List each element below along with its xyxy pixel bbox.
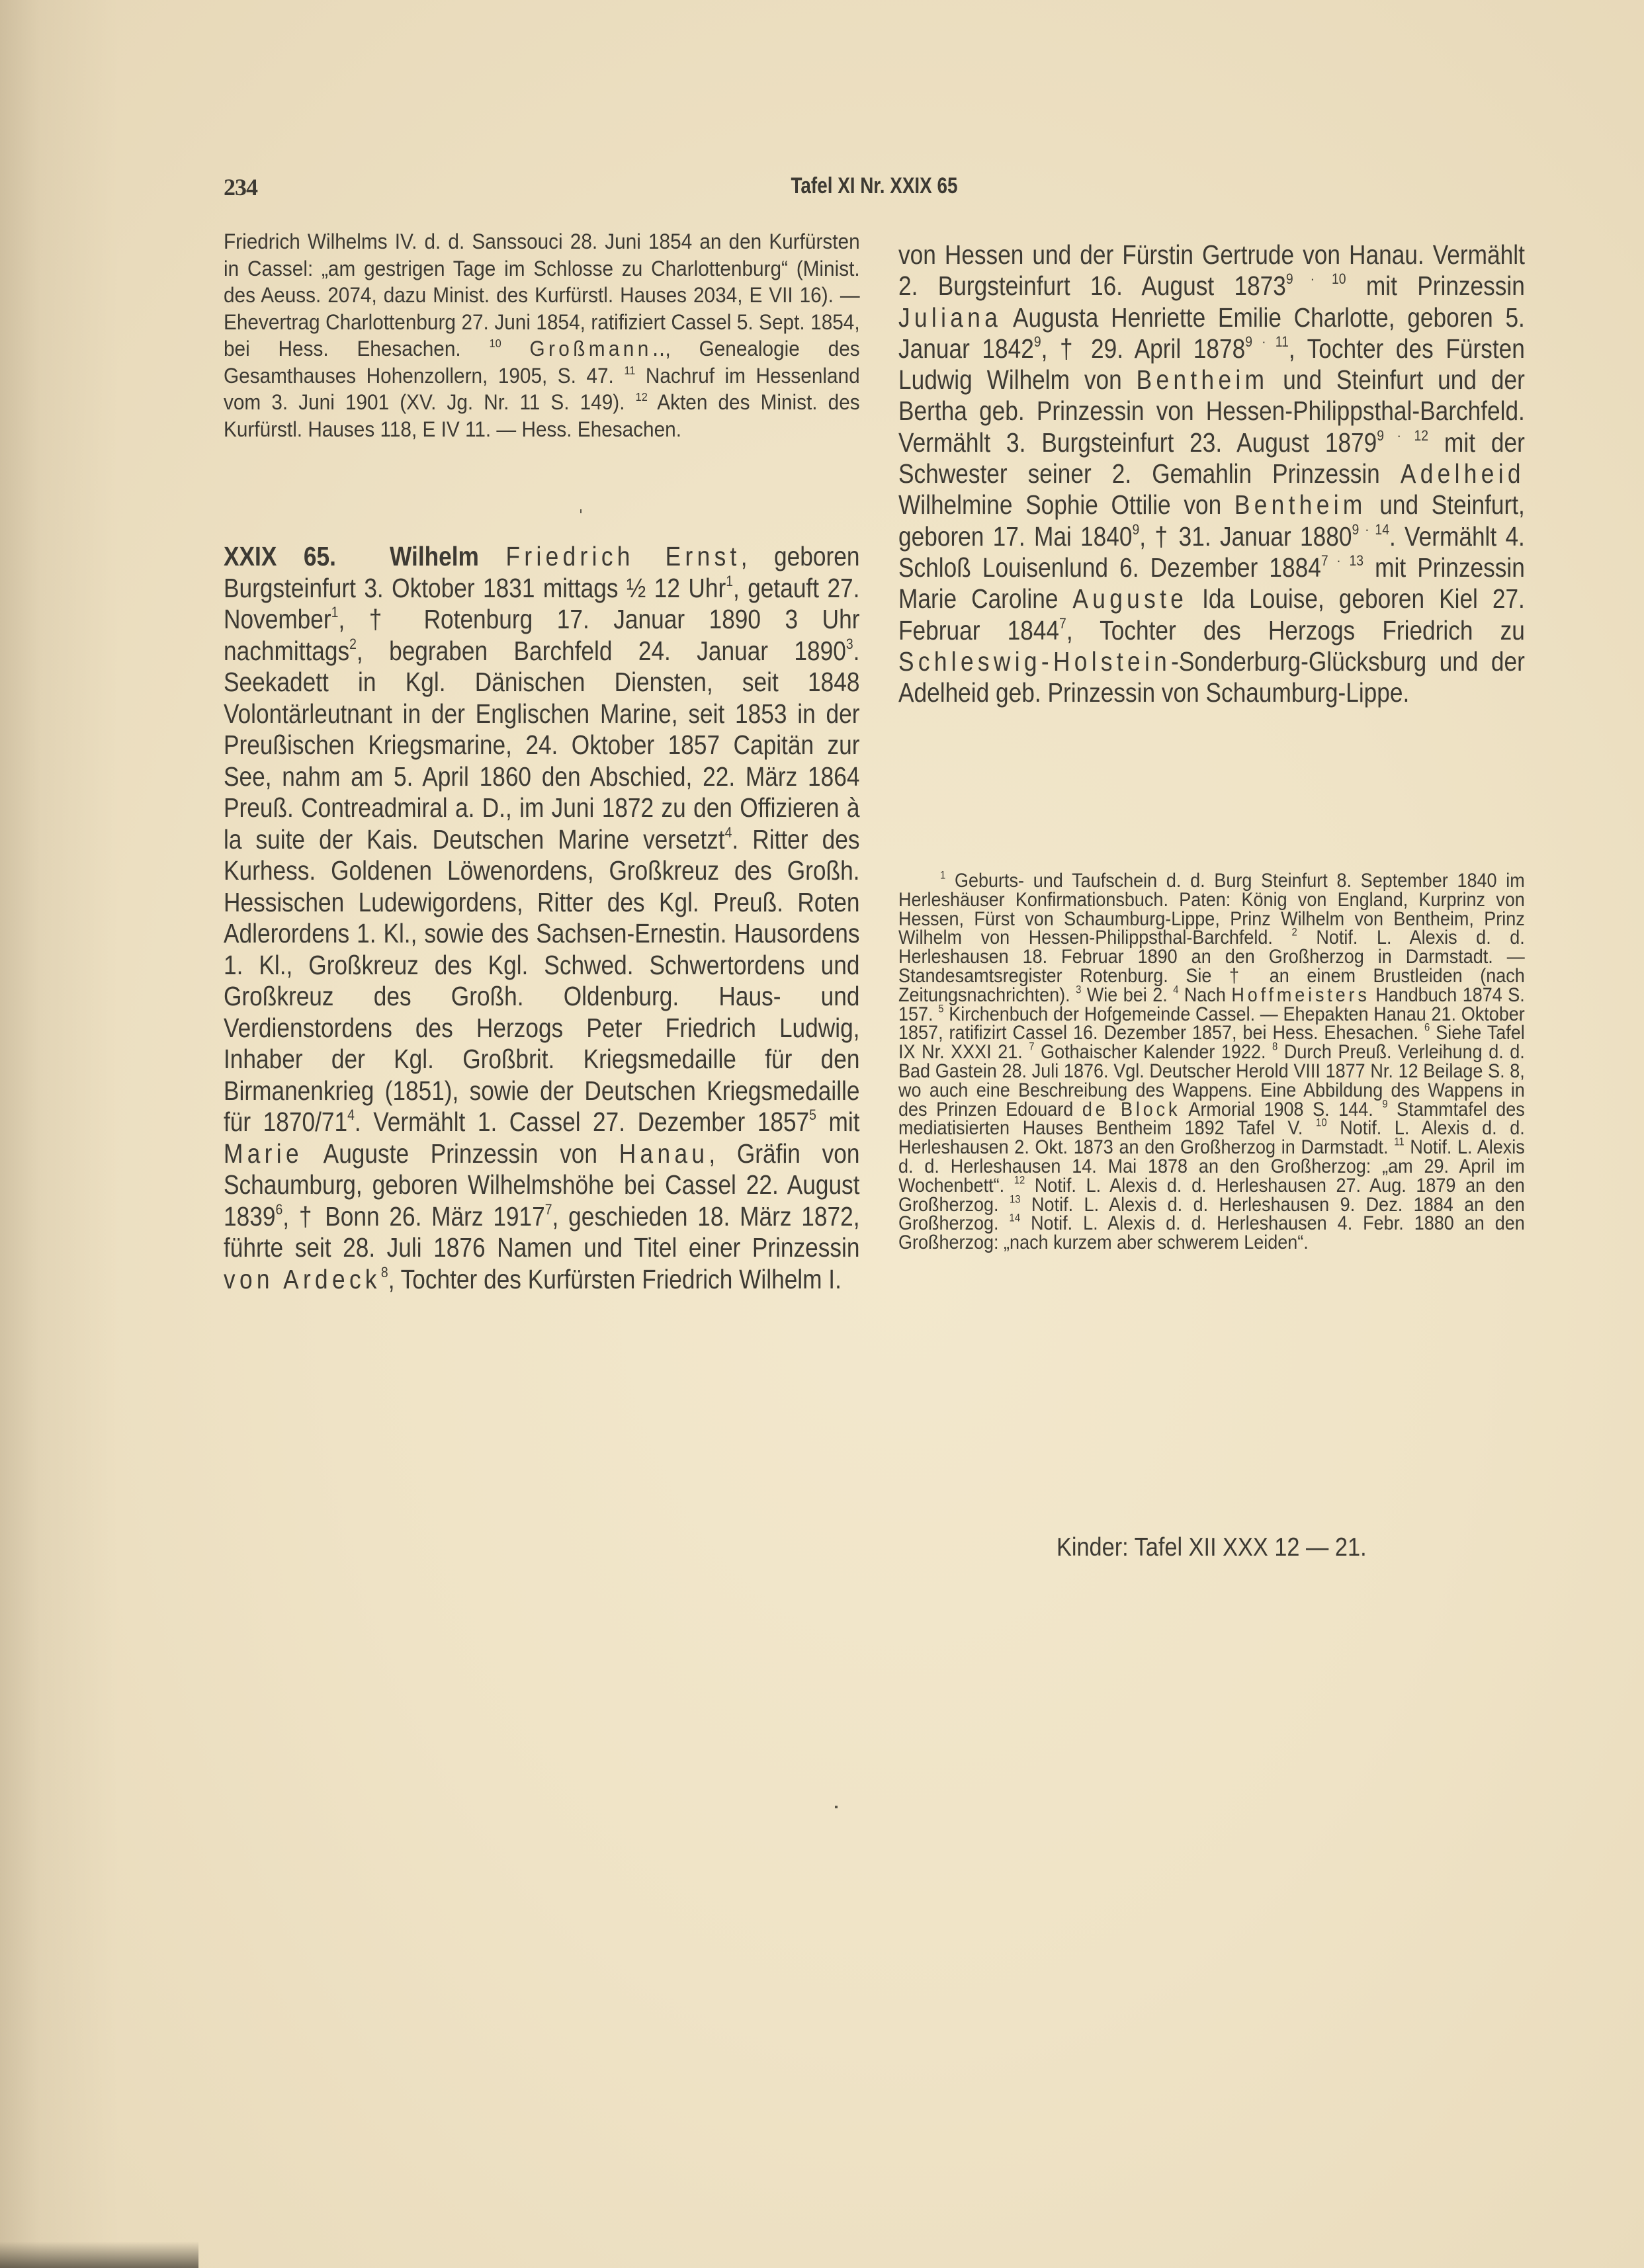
footnote-ref: 9 xyxy=(1382,1098,1387,1110)
footnote-ref: 11 xyxy=(1394,1136,1404,1148)
spaced-name: Marie xyxy=(224,1138,303,1169)
footnote-ref: 4 xyxy=(1173,984,1178,995)
left-footnotes-continued: Friedrich Wilhelms IV. d. d. Sanssouci 2… xyxy=(224,228,860,442)
children-reference-text: Kinder: Tafel XII XXX 12 — 21. xyxy=(1057,1533,1367,1562)
footnote-ref: 6 xyxy=(275,1201,282,1218)
footnote-ref: 3 xyxy=(1076,984,1081,995)
footnote-ref: 9 · 12 xyxy=(1377,427,1428,444)
entry-paragraph: XXIX 65. Wilhelm Friedrich Ernst, gebore… xyxy=(224,541,859,1295)
footnote-ref: 9 · 11 xyxy=(1245,333,1289,350)
footnote-ref: 14 xyxy=(1010,1212,1021,1224)
spaced-name: Bentheim xyxy=(1137,364,1269,395)
genealogy-entry: XXIX 65. Wilhelm Friedrich Ernst, gebore… xyxy=(224,541,859,1295)
footnote-ref: 7 xyxy=(1029,1041,1034,1053)
page-edge-shadow xyxy=(0,2242,198,2268)
spaced-name: von Ardeck xyxy=(224,1264,381,1294)
footnote-text: Friedrich Wilhelms IV. d. d. Sanssouci 2… xyxy=(224,228,860,442)
bold-name: Wilhelm xyxy=(390,541,479,571)
page-number: 234 xyxy=(224,173,257,201)
footnote-ref: 13 xyxy=(1010,1193,1021,1205)
footnote-ref: 12 xyxy=(1014,1174,1025,1186)
footnote-ref: 2 xyxy=(349,636,357,652)
entry-text: Wilhelm Friedrich Ernst, geboren Burgste… xyxy=(224,541,859,1294)
footnote-ref: 5 xyxy=(809,1107,816,1123)
footnote-ref: 7 xyxy=(1059,615,1066,632)
scan-speck xyxy=(835,1806,838,1808)
spaced-name: Adelheid xyxy=(1401,458,1525,489)
entry-number: XXIX 65. xyxy=(224,541,336,571)
footnote-ref: 9 · 14 xyxy=(1352,521,1389,538)
footnote-ref: 7 · 13 xyxy=(1321,552,1363,569)
spaced-name: Auguste xyxy=(1072,583,1188,614)
page-header: 234 Tafel XI Nr. XXIX 65 xyxy=(224,173,1525,202)
spaced-name: Großmann xyxy=(530,337,652,360)
footnote-ref: 4 xyxy=(347,1107,355,1123)
running-title: Tafel XI Nr. XXIX 65 xyxy=(341,173,1408,199)
footnote-ref: 10 xyxy=(1316,1117,1327,1129)
entry-text-continued: von Hessen und der Fürstin Gertrude von … xyxy=(898,239,1525,708)
footnote-text: 1 Geburts- und Taufschein d. d. Burg Ste… xyxy=(898,872,1525,1253)
children-reference: Kinder: Tafel XII XXX 12 — 21. xyxy=(898,1533,1525,1562)
footnote-ref: 9 · 10 xyxy=(1286,271,1346,287)
footnote-ref: 9 xyxy=(1132,521,1139,538)
footnote-ref: 8 xyxy=(1272,1041,1277,1053)
spaced-name: Hanau xyxy=(619,1138,709,1169)
footnote-ref: 2 xyxy=(1291,927,1297,939)
scan-speck xyxy=(580,509,582,513)
footnote-ref: 6 xyxy=(1424,1022,1430,1034)
footnote-ref: 10 xyxy=(489,337,501,350)
footnote-ref: 5 xyxy=(938,1003,943,1015)
footnote-ref: 1 xyxy=(726,573,733,589)
footnote-ref: 12 xyxy=(636,390,648,403)
footnote-ref: 8 xyxy=(381,1264,388,1281)
spaced-name: Hoffmeisters xyxy=(1231,984,1369,1006)
footnote-ref: 4 xyxy=(725,824,732,841)
spaced-name: Juliana xyxy=(898,302,1002,333)
spaced-name: Friedrich Ernst xyxy=(505,541,740,571)
footnote-ref: 1 xyxy=(331,604,339,620)
spaced-name: Schleswig-Holstein xyxy=(898,646,1171,677)
footnote-ref: 3 xyxy=(846,636,853,652)
entry-continued: von Hessen und der Fürstin Gertrude von … xyxy=(898,239,1525,708)
footnote-ref: 1 xyxy=(940,870,945,882)
spaced-name: Bentheim xyxy=(1234,489,1367,520)
spaced-name: de Block xyxy=(1082,1099,1181,1120)
footnotes: 1 Geburts- und Taufschein d. d. Burg Ste… xyxy=(898,872,1525,1253)
footnote-ref: 9 xyxy=(1034,333,1041,350)
footnote-ref: 11 xyxy=(624,363,635,376)
footnote-ref: 7 xyxy=(545,1201,552,1218)
